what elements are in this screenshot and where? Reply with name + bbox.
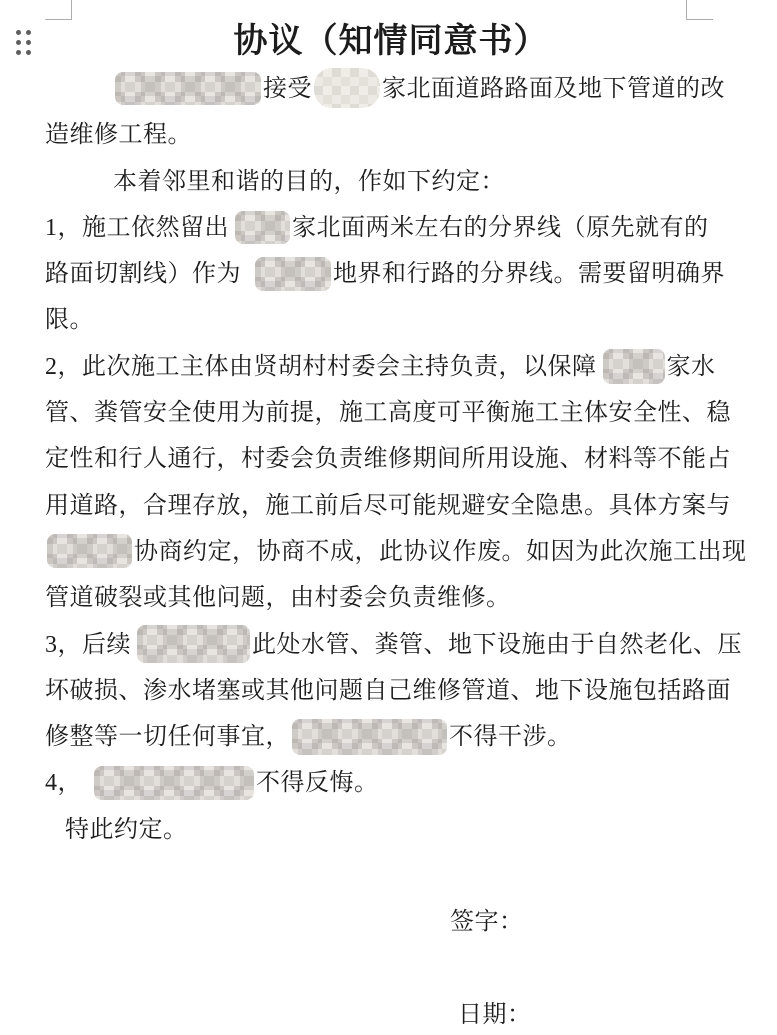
- item2-line1: 2，此次施工主体由贤胡村村委会主持负责，以保障家水: [45, 344, 737, 390]
- text-run: 特此约定。: [65, 817, 188, 843]
- text-run: 本着邻里和谐的目的，作如下约定：: [113, 169, 505, 195]
- item1-line1: 1，施工依然留出家北面两米左右的分界线（原先就有的: [45, 205, 737, 251]
- redacted-text: [292, 719, 447, 755]
- text-run: 1，施工依然留出: [45, 215, 229, 241]
- item2-line2: 管、粪管安全使用为前提，施工高度可平衡施工主体安全性、稳: [45, 390, 737, 436]
- text-run: 2，此次施工主体由贤胡村村委会主持负责，以保障: [45, 354, 597, 380]
- item2-line3: 定性和行人通行，村委会负责维修期间所用设施、材料等不能占: [45, 436, 737, 482]
- text-run: 接受: [263, 76, 312, 102]
- text-run: 用道路，合理存放，施工前后尽可能规避安全隐患。具体方案与: [45, 493, 731, 519]
- text-run: 不得反悔。: [256, 770, 379, 796]
- blank-line-2: [45, 946, 737, 992]
- text-run: 造维修工程。: [45, 122, 192, 148]
- document-title: 协议（知情同意书）: [45, 18, 737, 66]
- item2-line5: 协商约定，协商不成，此协议作废。如因为此次施工出现: [45, 529, 737, 575]
- blank-line-1: [45, 853, 737, 899]
- redacted-text: [235, 211, 290, 244]
- p1-line2: 造维修工程。: [45, 112, 737, 158]
- text-run: 家水: [667, 354, 716, 380]
- text-run: 地界和行路的分界线。需要留明确界: [333, 261, 725, 287]
- item1-line2: 路面切割线）作为地界和行路的分界线。需要留明确界: [45, 251, 737, 297]
- text-run: 家北面道路路面及地下管道的改: [382, 76, 725, 102]
- item1-line3: 限。: [45, 297, 737, 343]
- document-body: 接受家北面道路路面及地下管道的改造维修工程。本着邻里和谐的目的，作如下约定：1，…: [45, 66, 737, 1035]
- text-run: 限。: [45, 307, 94, 333]
- text-run: 坏破损、渗水堵塞或其他问题自己维修管道、地下设施包括路面: [45, 678, 731, 704]
- closing-line: 特此约定。: [45, 807, 737, 853]
- margin-mark-top-right-icon: [686, 0, 713, 20]
- redacted-text: [137, 625, 250, 663]
- text-run: 修整等一切任何事宜，: [45, 724, 290, 750]
- document-page: 协议（知情同意书） 接受家北面道路路面及地下管道的改造维修工程。本着邻里和谐的目…: [0, 0, 777, 1035]
- item3-line1: 3，后续此处水管、粪管、地下设施由于自然老化、压: [45, 622, 737, 668]
- item3-line3: 修整等一切任何事宜，不得干涉。: [45, 714, 737, 760]
- text-run: 路面切割线）作为: [45, 261, 241, 287]
- text-run: 3，后续: [45, 632, 131, 658]
- item3-line2: 坏破损、渗水堵塞或其他问题自己维修管道、地下设施包括路面: [45, 668, 737, 714]
- margin-mark-top-left-icon: [45, 0, 72, 20]
- redacted-text: [115, 72, 261, 105]
- redacted-text: [603, 349, 665, 384]
- p2-line1: 本着邻里和谐的目的，作如下约定：: [45, 159, 737, 205]
- redacted-text: [255, 257, 331, 291]
- signature-line: 签字：: [45, 899, 737, 945]
- redacted-text: [94, 766, 254, 800]
- document-content: 协议（知情同意书） 接受家北面道路路面及地下管道的改造维修工程。本着邻里和谐的目…: [45, 18, 737, 1035]
- text-run: 管、粪管安全使用为前提，施工高度可平衡施工主体安全性、稳: [45, 400, 731, 426]
- text-run: 此处水管、粪管、地下设施由于自然老化、压: [252, 632, 742, 658]
- text-run: 管道破裂或其他问题，由村委会负责维修。: [45, 585, 511, 611]
- p1-line1: 接受家北面道路路面及地下管道的改: [45, 66, 737, 112]
- drag-handle-icon[interactable]: [16, 30, 31, 55]
- redacted-text: [47, 534, 132, 568]
- text-run: 日期：: [458, 1002, 532, 1028]
- item4-line1: 4，不得反悔。: [45, 760, 737, 806]
- text-run: 签字：: [450, 909, 524, 935]
- date-line: 日期：: [45, 992, 737, 1035]
- redacted-text: [314, 68, 380, 108]
- item2-line4: 用道路，合理存放，施工前后尽可能规避安全隐患。具体方案与: [45, 483, 737, 529]
- text-run: 家北面两米左右的分界线（原先就有的: [292, 215, 709, 241]
- text-run: 定性和行人通行，村委会负责维修期间所用设施、材料等不能占: [45, 446, 731, 472]
- text-run: 4，: [45, 770, 82, 796]
- item2-line6: 管道破裂或其他问题，由村委会负责维修。: [45, 575, 737, 621]
- text-run: 协商约定，协商不成，此协议作废。如因为此次施工出现: [134, 539, 747, 565]
- text-run: 不得干涉。: [449, 724, 572, 750]
